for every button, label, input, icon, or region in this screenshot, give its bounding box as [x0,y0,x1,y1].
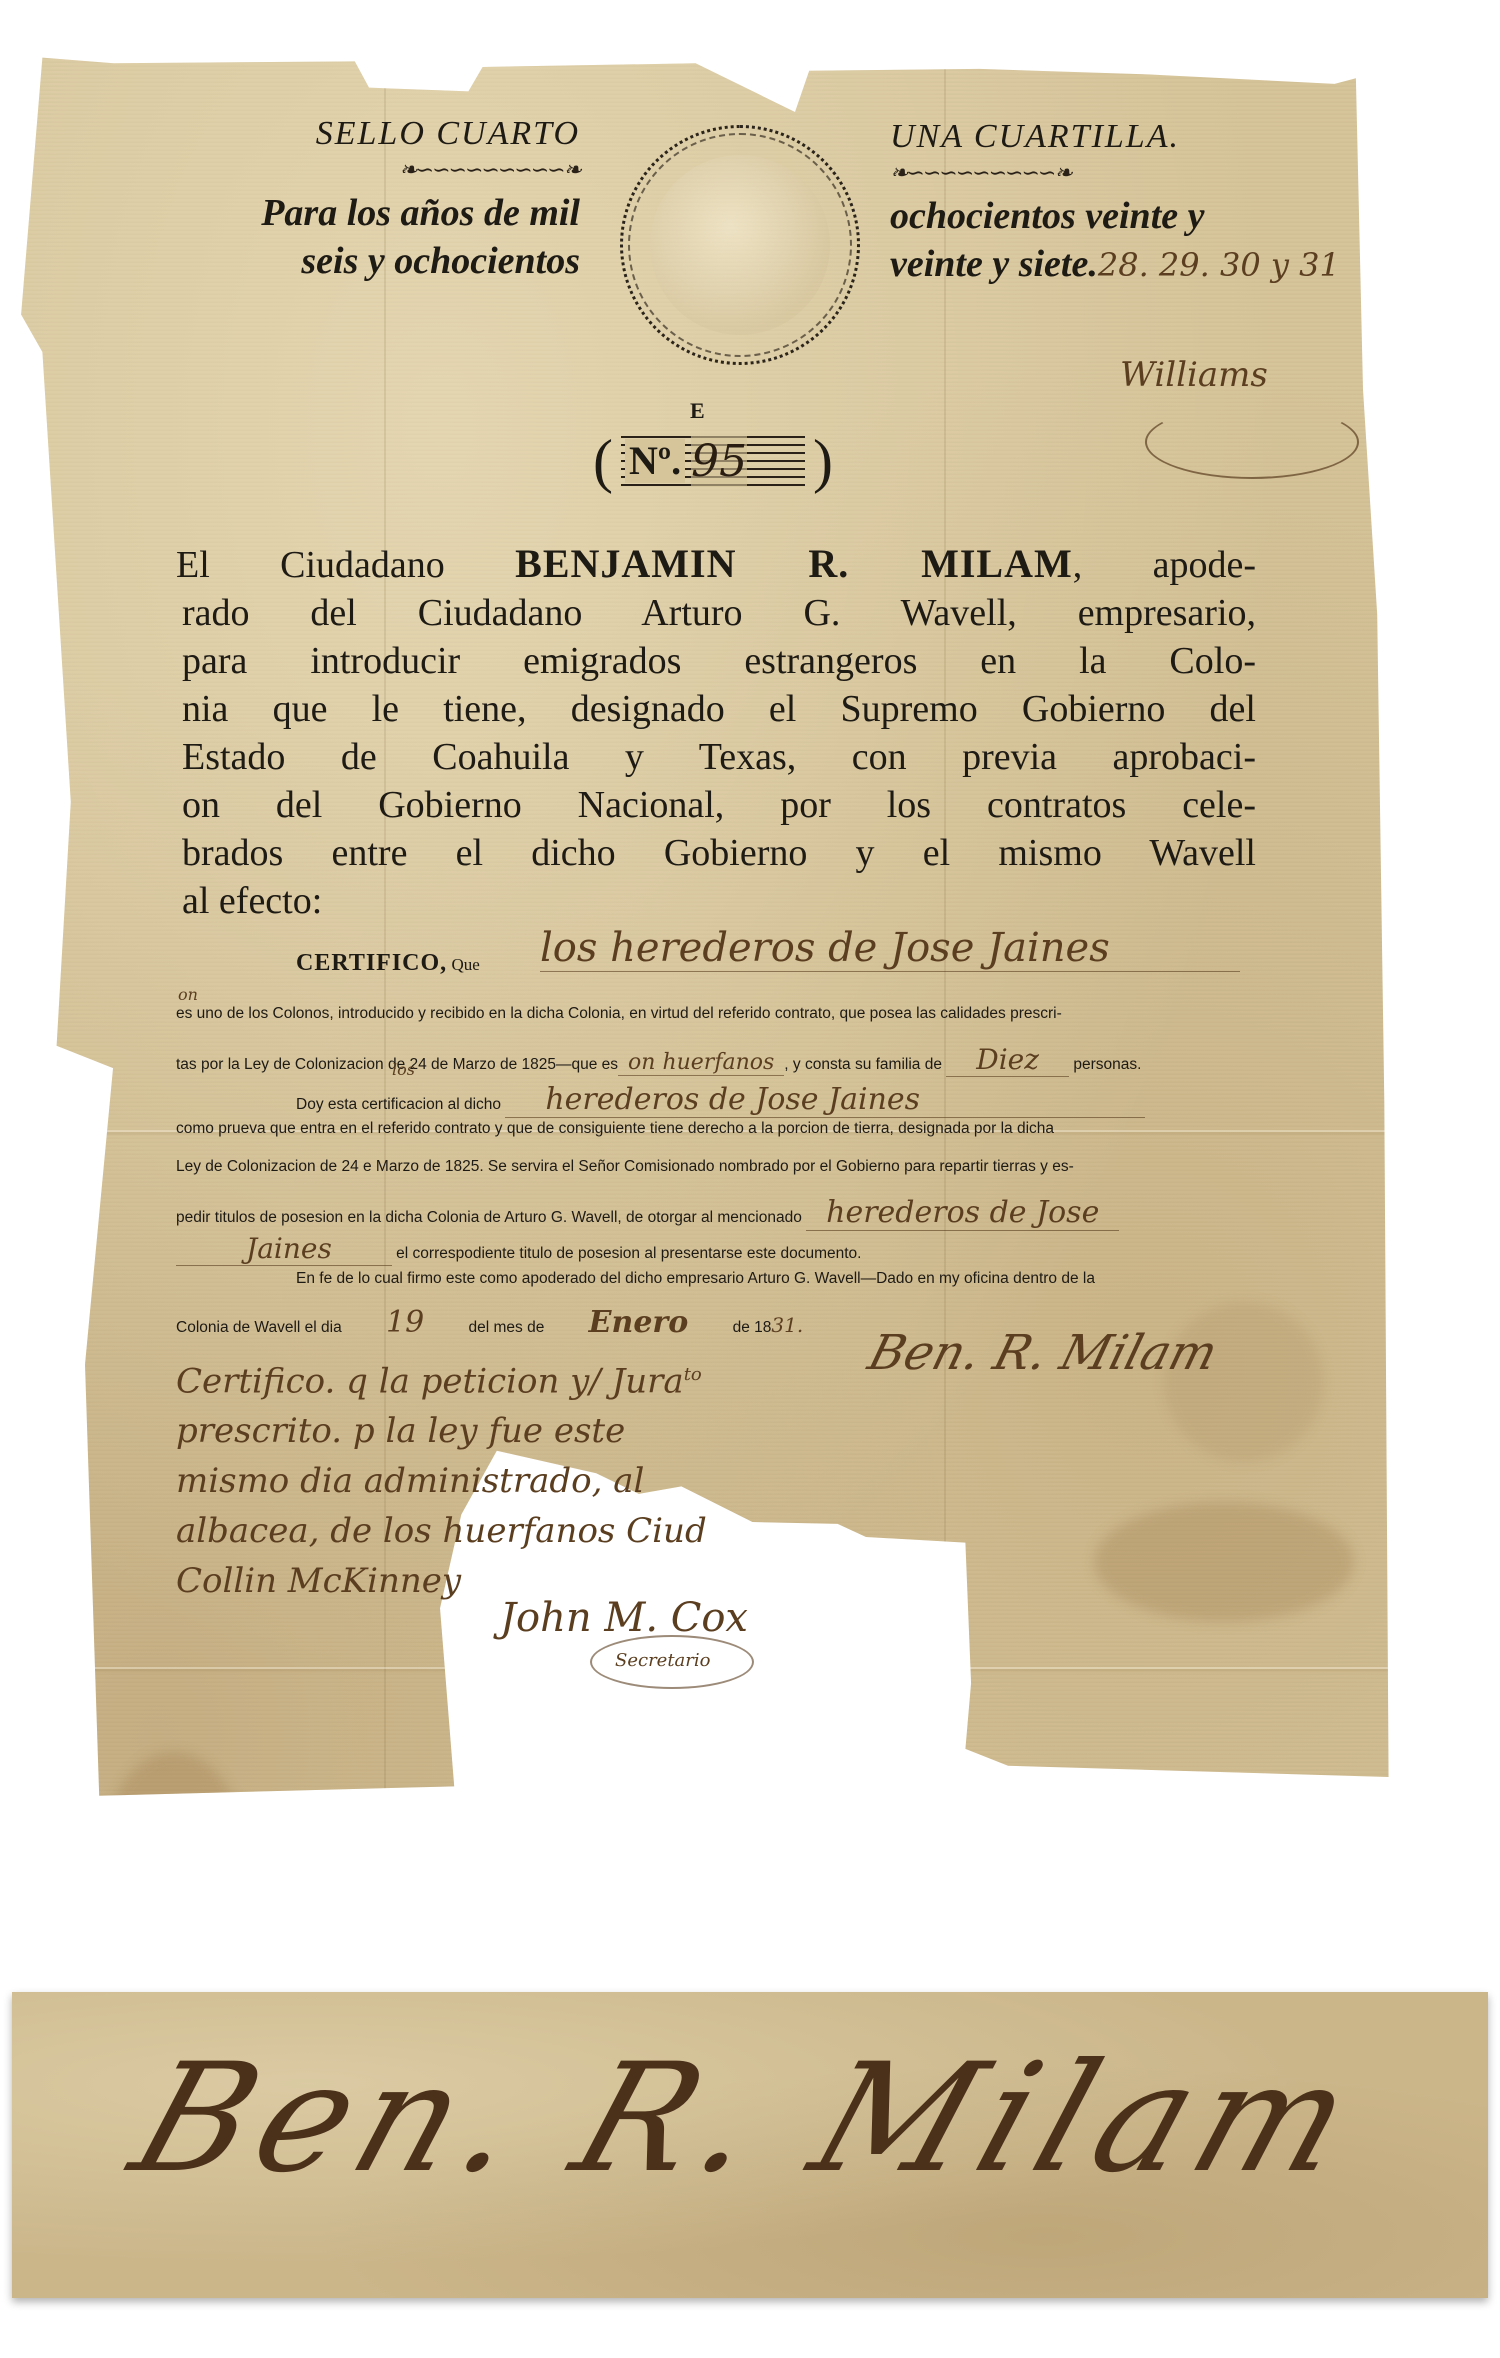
series-letter: E [690,398,705,424]
milam-signature: Ben. R. Milam [862,1325,1223,1381]
signature-detail-inset: Ben. R. Milam [12,1992,1488,2298]
certificate-text-line: pedir titulos de posesion en la dicha Co… [176,1195,1286,1231]
certificate-text-line: es uno de los Colonos, introducido y rec… [176,1005,1286,1023]
certificate-text-line: En fe de lo cual firmo este como apodera… [176,1270,1406,1288]
handwritten-status: on huerfanos [618,1050,784,1076]
serial-number: 95 [691,436,747,487]
ink-stain [1094,1502,1354,1622]
signature-flourish [1145,405,1359,479]
stamp-header-left: SELLO CUARTO ❧∽∽∽∽∽∽∽∽∽❧ Para los años d… [160,115,580,285]
flourish-icon: ❧∽∽∽∽∽∽∽∽∽❧ [160,157,580,183]
handwritten-family-count: Diez [946,1043,1069,1077]
certificate-text-line: como prueva que entra en el referido con… [176,1120,1286,1138]
certifico-heading: CERTIFICO, [296,950,447,976]
certificate-text-line: Ley de Colonizacion de 24 e Marzo de 182… [176,1158,1286,1176]
stamp-years-line: Para los años de mil [160,189,580,237]
stamp-years-line: ochocientos veinte y [890,192,1390,240]
water-stain [104,1752,244,1952]
williams-signature: Williams [1120,355,1268,395]
secretario-label: Secretario [615,1650,710,1671]
milam-signature-enlarged: Ben. R. Milam [114,2032,1381,2206]
stamp-years-line: seis y ochocientos [160,237,580,285]
fold-crease [384,52,386,1927]
stamp-title-left: SELLO CUARTO [160,115,580,153]
handwritten-insert: los [392,1060,415,1079]
certificate-text-line: Doy esta certificacion al dicho heredero… [176,1082,1406,1118]
handwritten-insert: on [178,985,198,1004]
number-prefix: Nº. [625,439,685,483]
handwritten-recipient: herederos de Jose Jaines [505,1082,1145,1118]
cox-signature: John M. Cox [500,1595,748,1641]
serial-number-box: ( Nº. 95 ) [593,426,833,496]
handwritten-recipient: herederos de Jose [806,1195,1119,1231]
handwritten-recipient: los herederos de Jose Jaines [540,925,1240,972]
handwritten-year: 31. [771,1313,803,1337]
certificate-text-line: Jaines el correspodiente titulo de poses… [176,1232,1286,1266]
handwritten-recipient: Jaines [176,1232,392,1266]
embossed-seal [650,155,830,335]
stamp-title-right: UNA CUARTILLA. [890,118,1390,156]
stamp-years-line: veinte y siete.28. 29. 30 y 31 [890,240,1390,289]
preamble-paragraph: El Ciudadano BENJAMIN R. MILAM, apode- r… [176,540,1256,925]
stamp-header-right: UNA CUARTILLA. ❧∽∽∽∽∽∽∽∽∽❧ ochocientos v… [890,118,1390,289]
fold-crease [944,52,946,1927]
certificate-text-line: tas por la Ley de Colonizacion de 24 de … [176,1043,1286,1077]
handwritten-annotation: Certifico. q la peticion y/ Jurato presc… [176,1350,707,1606]
handwritten-month: Enero [549,1305,729,1340]
flourish-icon: ❧∽∽∽∽∽∽∽∽∽❧ [890,160,1390,186]
handwritten-years: 28. 29. 30 y 31 [1098,246,1340,284]
floral-wreath-seal-icon [620,125,860,365]
grantor-name: BENJAMIN R. MILAM [515,541,1073,586]
handwritten-day: 19 [346,1305,464,1340]
